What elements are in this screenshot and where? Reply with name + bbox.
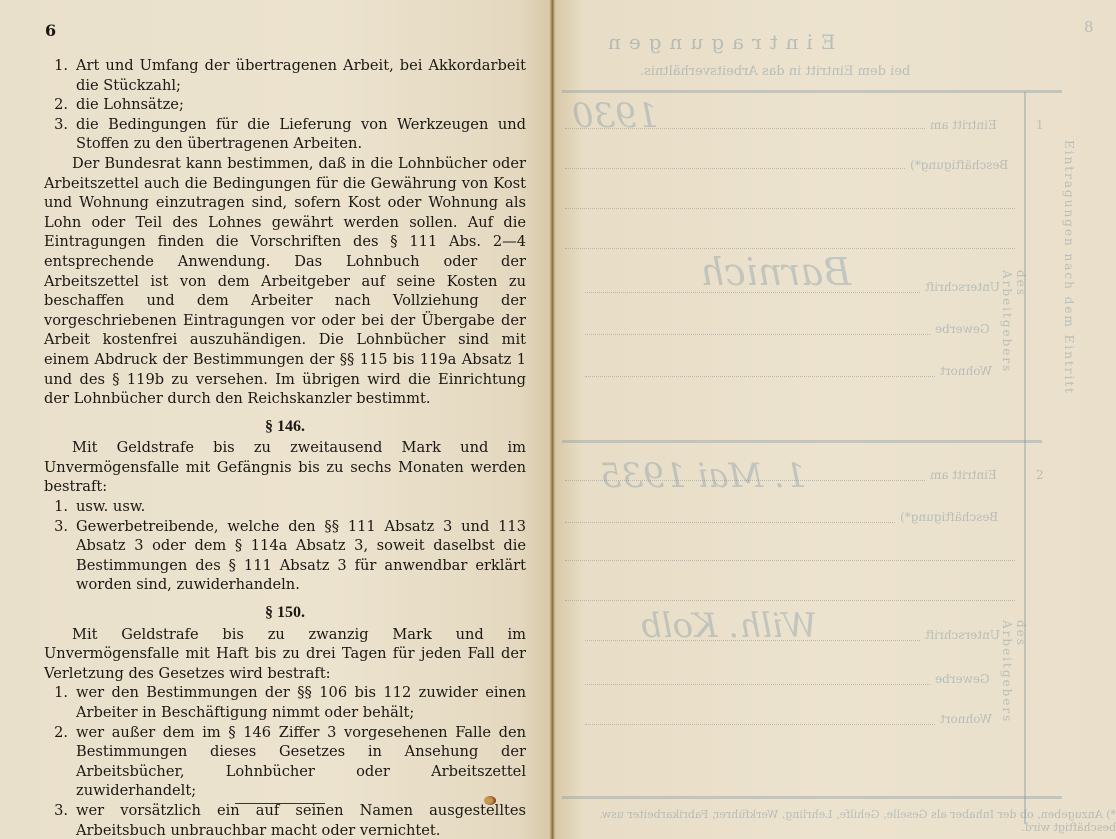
list-text: wer vorsätzlich ein auf seinen Namen aus… bbox=[76, 801, 526, 839]
list-text: die Bedingungen für die Lieferung von We… bbox=[76, 115, 526, 154]
bleed-subtitle: bei dem Eintritt in das Arbeitsverhältni… bbox=[640, 64, 910, 79]
list-number: 1. bbox=[44, 683, 76, 722]
bleed-bracket-label-1: des Arbeitgebers bbox=[1000, 270, 1028, 390]
dotted-line bbox=[565, 248, 1015, 249]
bleed-handwritten-date: 1. Mai 1935 bbox=[600, 456, 807, 496]
intro-list: 1. Art und Umfang der übertragenen Arbei… bbox=[44, 56, 526, 154]
dotted-line bbox=[565, 560, 1015, 561]
bleed-footnote: *) Anzugeben, ob der Inhaber als Geselle… bbox=[565, 808, 1116, 834]
list-item: 2. die Lohnsätze; bbox=[44, 95, 526, 115]
bleed-side-vertical-text: Eintragungen nach dem Eintritt bbox=[1062, 140, 1076, 820]
bleed-title: Eintragungen bbox=[600, 30, 835, 54]
list-text: usw. usw. bbox=[76, 497, 526, 517]
left-page-text: 1. Art und Umfang der übertragenen Arbei… bbox=[44, 56, 526, 839]
bleed-signature-2: Wilh. Kolb bbox=[640, 606, 817, 646]
list-number: 2. bbox=[44, 95, 76, 115]
list-text: die Lohnsätze; bbox=[76, 95, 526, 115]
list-number: 2. bbox=[44, 723, 76, 801]
list-item: 1. Art und Umfang der übertragenen Arbei… bbox=[44, 56, 526, 95]
bleed-rule-bottom bbox=[562, 796, 1062, 799]
bleed-rule-top bbox=[562, 90, 1062, 93]
section-heading-150: § 150. bbox=[44, 603, 526, 623]
section-heading-146: § 146. bbox=[44, 417, 526, 437]
bleed-entry-1-label: Eintritt am bbox=[930, 118, 997, 132]
left-page: 6 1. Art und Umfang der übertragenen Arb… bbox=[0, 0, 552, 839]
section-150-intro: Mit Geldstrafe bis zu zwanzig Mark und i… bbox=[44, 625, 526, 684]
list-number: 1. bbox=[44, 497, 76, 517]
paper-stain bbox=[484, 796, 496, 805]
list-number: 3. bbox=[44, 115, 76, 154]
list-text: wer den Bestimmungen der §§ 106 bis 112 … bbox=[76, 683, 526, 722]
bleed-entry-2-beschaeftigung: Beschäftigung*) bbox=[900, 510, 998, 524]
list-item: 1. usw. usw. bbox=[44, 497, 526, 517]
dotted-line bbox=[565, 522, 895, 523]
list-text: Gewerbetreibende, welche den §§ 111 Absa… bbox=[76, 517, 526, 595]
dotted-line bbox=[565, 168, 905, 169]
page-number-left: 6 bbox=[45, 21, 56, 40]
bleed-signature-1: Barnich bbox=[700, 250, 851, 294]
list-item: 3. die Bedingungen für die Lieferung von… bbox=[44, 115, 526, 154]
bleed-unterschrift-1: Unterschrift bbox=[925, 280, 1000, 294]
list-item: 1. wer den Bestimmungen der §§ 106 bis 1… bbox=[44, 683, 526, 722]
bleed-gewerbe-1: Gewerbe bbox=[935, 322, 990, 336]
page-number-right: 8 bbox=[1084, 18, 1094, 36]
dotted-line bbox=[585, 376, 935, 377]
bleed-entry-2-label: Eintritt am bbox=[930, 468, 997, 482]
bleed-entry-1-beschaeftigung: Beschäftigung*) bbox=[910, 158, 1008, 172]
bleed-wohnort-1: Wohnort bbox=[940, 364, 992, 378]
bleed-entry-2-index: 2 bbox=[1036, 468, 1044, 482]
bleed-handwritten-year: 1930 bbox=[572, 96, 659, 136]
dotted-line bbox=[585, 334, 930, 335]
section-146-intro: Mit Geldstrafe bis zu zweitausend Mark u… bbox=[44, 438, 526, 497]
bleed-wohnort-2: Wohnort bbox=[940, 712, 992, 726]
bleed-bracket-label-2: des Arbeitgebers bbox=[1000, 620, 1028, 740]
book-spread: 6 1. Art und Umfang der übertragenen Arb… bbox=[0, 0, 1116, 839]
dotted-line bbox=[585, 684, 930, 685]
list-number: 3. bbox=[44, 801, 76, 839]
bleed-rule-middle bbox=[562, 440, 1042, 443]
list-item: 2. wer außer dem im § 146 Ziffer 3 vorge… bbox=[44, 723, 526, 801]
end-rule bbox=[235, 803, 325, 804]
bleed-gewerbe-2: Gewerbe bbox=[935, 672, 990, 686]
dotted-line bbox=[585, 724, 935, 725]
list-text: wer außer dem im § 146 Ziffer 3 vorgeseh… bbox=[76, 723, 526, 801]
paragraph-bundesrat: Der Bundesrat kann bestimmen, daß in die… bbox=[44, 154, 526, 409]
dotted-line bbox=[565, 208, 1015, 209]
list-item: 3. wer vorsätzlich ein auf seinen Namen … bbox=[44, 801, 526, 839]
list-number: 1. bbox=[44, 56, 76, 95]
bleed-unterschrift-2: Unterschrift bbox=[925, 628, 1000, 642]
list-item: 3. Gewerbetreibende, welche den §§ 111 A… bbox=[44, 517, 526, 595]
list-text: Art und Umfang der übertragenen Arbeit, … bbox=[76, 56, 526, 95]
list-number: 3. bbox=[44, 517, 76, 595]
bleed-entry-1-index: 1 bbox=[1036, 118, 1044, 132]
dotted-line bbox=[565, 600, 1015, 601]
